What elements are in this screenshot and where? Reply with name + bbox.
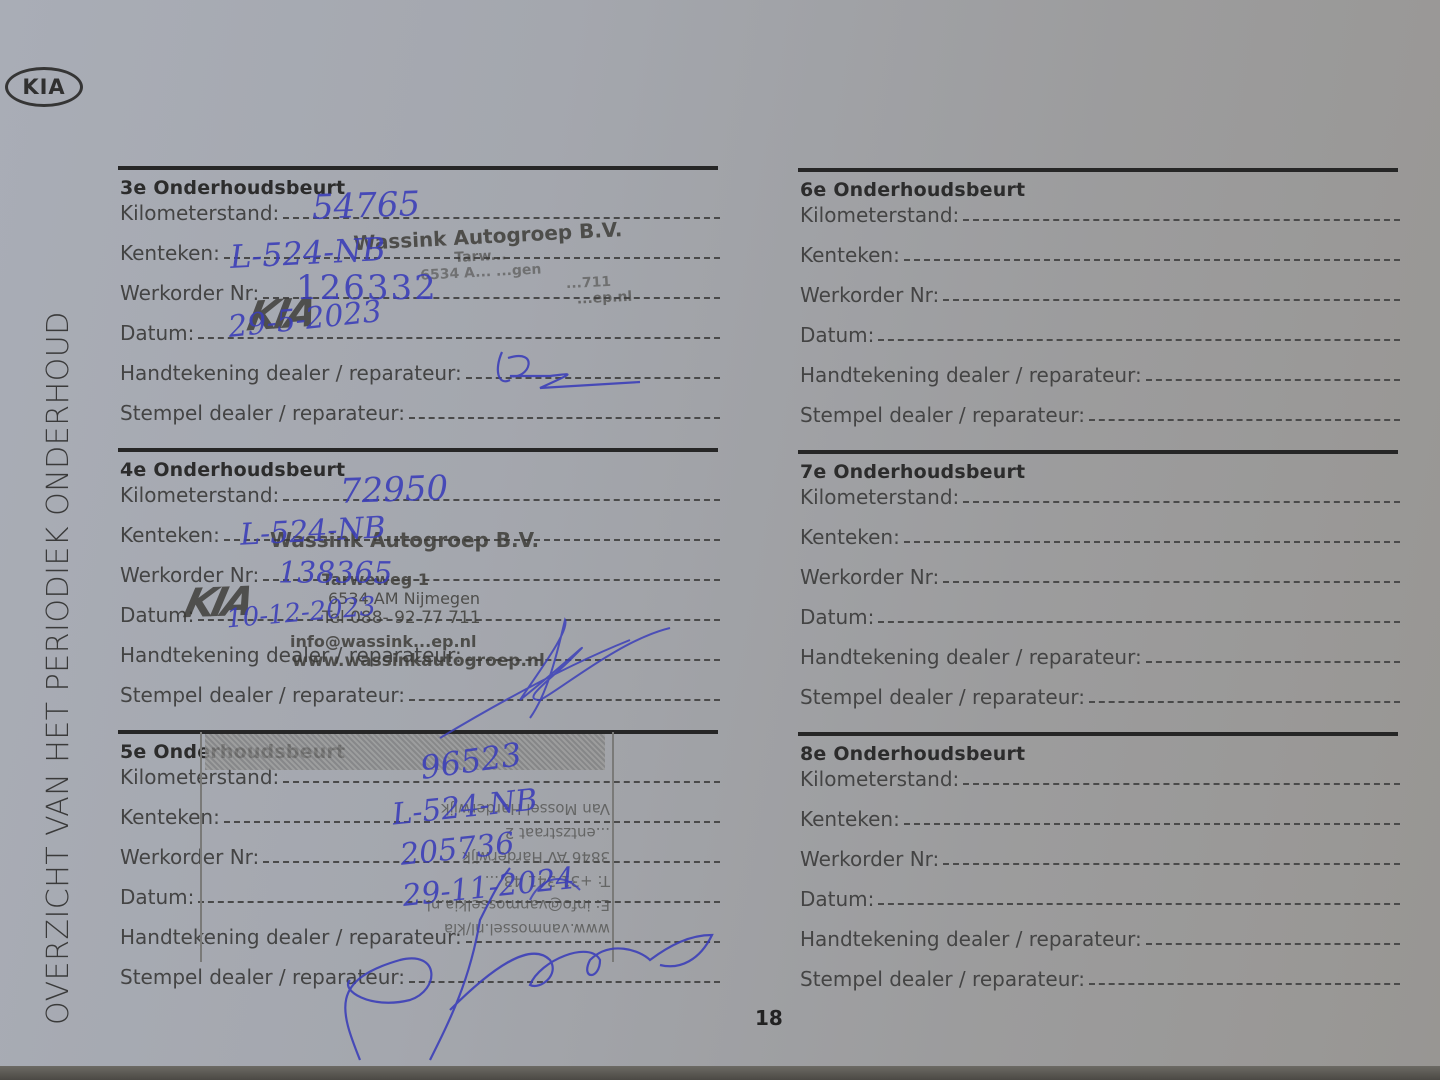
mileage-label: Kilometerstand:: [120, 200, 279, 226]
work-order-label: Werkorder Nr:: [800, 564, 939, 590]
license-plate-label: Kenteken:: [800, 242, 900, 268]
date-label: Datum:: [120, 320, 194, 346]
stamp-label: Stempel dealer / reparateur:: [800, 684, 1085, 710]
stamp-label: Stempel dealer / reparateur:: [800, 966, 1085, 992]
fill-line: [878, 621, 1400, 623]
service-section-6: 6e Onderhoudsbeurt Kilometerstand: Kente…: [800, 168, 1400, 450]
license-plate-label: Kenteken:: [800, 524, 900, 550]
section-divider: [118, 448, 718, 452]
mileage-label: Kilometerstand:: [120, 482, 279, 508]
license-plate-label: Kenteken:: [800, 806, 900, 832]
stamp-field[interactable]: Stempel dealer / reparateur:: [800, 670, 1400, 710]
page-bottom-edge: [0, 1066, 1440, 1080]
service-section-7: 7e Onderhoudsbeurt Kilometerstand: Kente…: [800, 450, 1400, 732]
signature-label: Handtekening dealer / reparateur:: [120, 360, 462, 386]
date-field[interactable]: Datum:: [800, 590, 1400, 630]
fill-line: [1089, 983, 1400, 985]
license-plate-field[interactable]: Kenteken:: [800, 510, 1400, 550]
fill-line: [963, 219, 1400, 221]
fill-line: [943, 863, 1400, 865]
work-order-label: Werkorder Nr:: [800, 846, 939, 872]
work-order-label: Werkorder Nr:: [800, 282, 939, 308]
signature-scribble-4: [400, 600, 680, 740]
fill-line: [1089, 701, 1400, 703]
license-plate-field[interactable]: Kenteken:: [800, 792, 1400, 832]
date-label: Datum:: [800, 886, 874, 912]
fill-line: [904, 541, 1400, 543]
fill-line: [1146, 379, 1400, 381]
side-title: OVERZICHT VAN HET PERIODIEK ONDERHOUD: [42, 165, 76, 1025]
section-divider: [798, 168, 1398, 172]
work-order-label: Werkorder Nr:: [120, 280, 259, 306]
signature-scribble-3: [480, 340, 660, 400]
kia-logo-text: KIA: [22, 75, 65, 99]
mileage-label: Kilometerstand:: [800, 484, 959, 510]
date-label: Datum:: [800, 322, 874, 348]
fill-line: [904, 259, 1400, 261]
signature-label: Handtekening dealer / reparateur:: [800, 362, 1142, 388]
mileage-field[interactable]: Kilometerstand:: [800, 762, 1400, 792]
kia-logo: KIA: [5, 67, 83, 107]
handwritten-mileage: 54765: [311, 184, 421, 228]
date-field[interactable]: Datum:: [800, 872, 1400, 912]
stamp-field[interactable]: Stempel dealer / reparateur:: [800, 952, 1400, 992]
signature-field[interactable]: Handtekening dealer / reparateur:: [800, 912, 1400, 952]
handwritten-work-order: 138365: [278, 556, 393, 591]
page-number: 18: [755, 1006, 783, 1030]
stamp-label: Stempel dealer / reparateur:: [120, 400, 405, 426]
fill-line: [963, 501, 1400, 503]
stamp-field[interactable]: Stempel dealer / reparateur:: [800, 388, 1400, 428]
signature-scribble-5: [300, 860, 740, 1068]
license-plate-label: Kenteken:: [120, 522, 220, 548]
section-divider: [118, 166, 718, 170]
work-order-field[interactable]: Werkorder Nr:: [800, 832, 1400, 872]
date-label: Datum:: [120, 884, 194, 910]
date-label: Datum:: [800, 604, 874, 630]
fill-line: [1146, 943, 1400, 945]
section-divider: [798, 732, 1398, 736]
license-plate-label: Kenteken:: [120, 240, 220, 266]
stamp-label: Stempel dealer / reparateur:: [120, 682, 405, 708]
right-column: 6e Onderhoudsbeurt Kilometerstand: Kente…: [800, 168, 1400, 1014]
work-order-field[interactable]: Werkorder Nr:: [800, 550, 1400, 590]
fill-line: [1146, 661, 1400, 663]
mileage-field[interactable]: Kilometerstand:: [800, 198, 1400, 228]
stamp-label: Stempel dealer / reparateur:: [800, 402, 1085, 428]
handwritten-mileage: 72950: [339, 468, 449, 512]
fill-line: [943, 299, 1400, 301]
signature-label: Handtekening dealer / reparateur:: [800, 644, 1142, 670]
fill-line: [878, 339, 1400, 341]
mileage-label: Kilometerstand:: [800, 766, 959, 792]
mileage-field[interactable]: Kilometerstand:: [800, 480, 1400, 510]
date-field[interactable]: Datum:: [800, 308, 1400, 348]
mileage-label: Kilometerstand:: [800, 202, 959, 228]
license-plate-field[interactable]: Kenteken:: [800, 228, 1400, 268]
signature-label: Handtekening dealer / reparateur:: [800, 926, 1142, 952]
signature-field[interactable]: Handtekening dealer / reparateur:: [800, 630, 1400, 670]
fill-line: [943, 581, 1400, 583]
fill-line: [878, 903, 1400, 905]
signature-field[interactable]: Handtekening dealer / reparateur:: [800, 348, 1400, 388]
work-order-field[interactable]: Werkorder Nr:: [800, 268, 1400, 308]
service-booklet-page: KIA OVERZICHT VAN HET PERIODIEK ONDERHOU…: [0, 0, 1440, 1068]
section-divider: [798, 450, 1398, 454]
fill-line: [409, 417, 720, 419]
fill-line: [963, 783, 1400, 785]
stamp-line: ...ep.nl: [576, 289, 632, 308]
fill-line: [904, 823, 1400, 825]
fill-line: [1089, 419, 1400, 421]
service-section-8: 8e Onderhoudsbeurt Kilometerstand: Kente…: [800, 732, 1400, 1014]
